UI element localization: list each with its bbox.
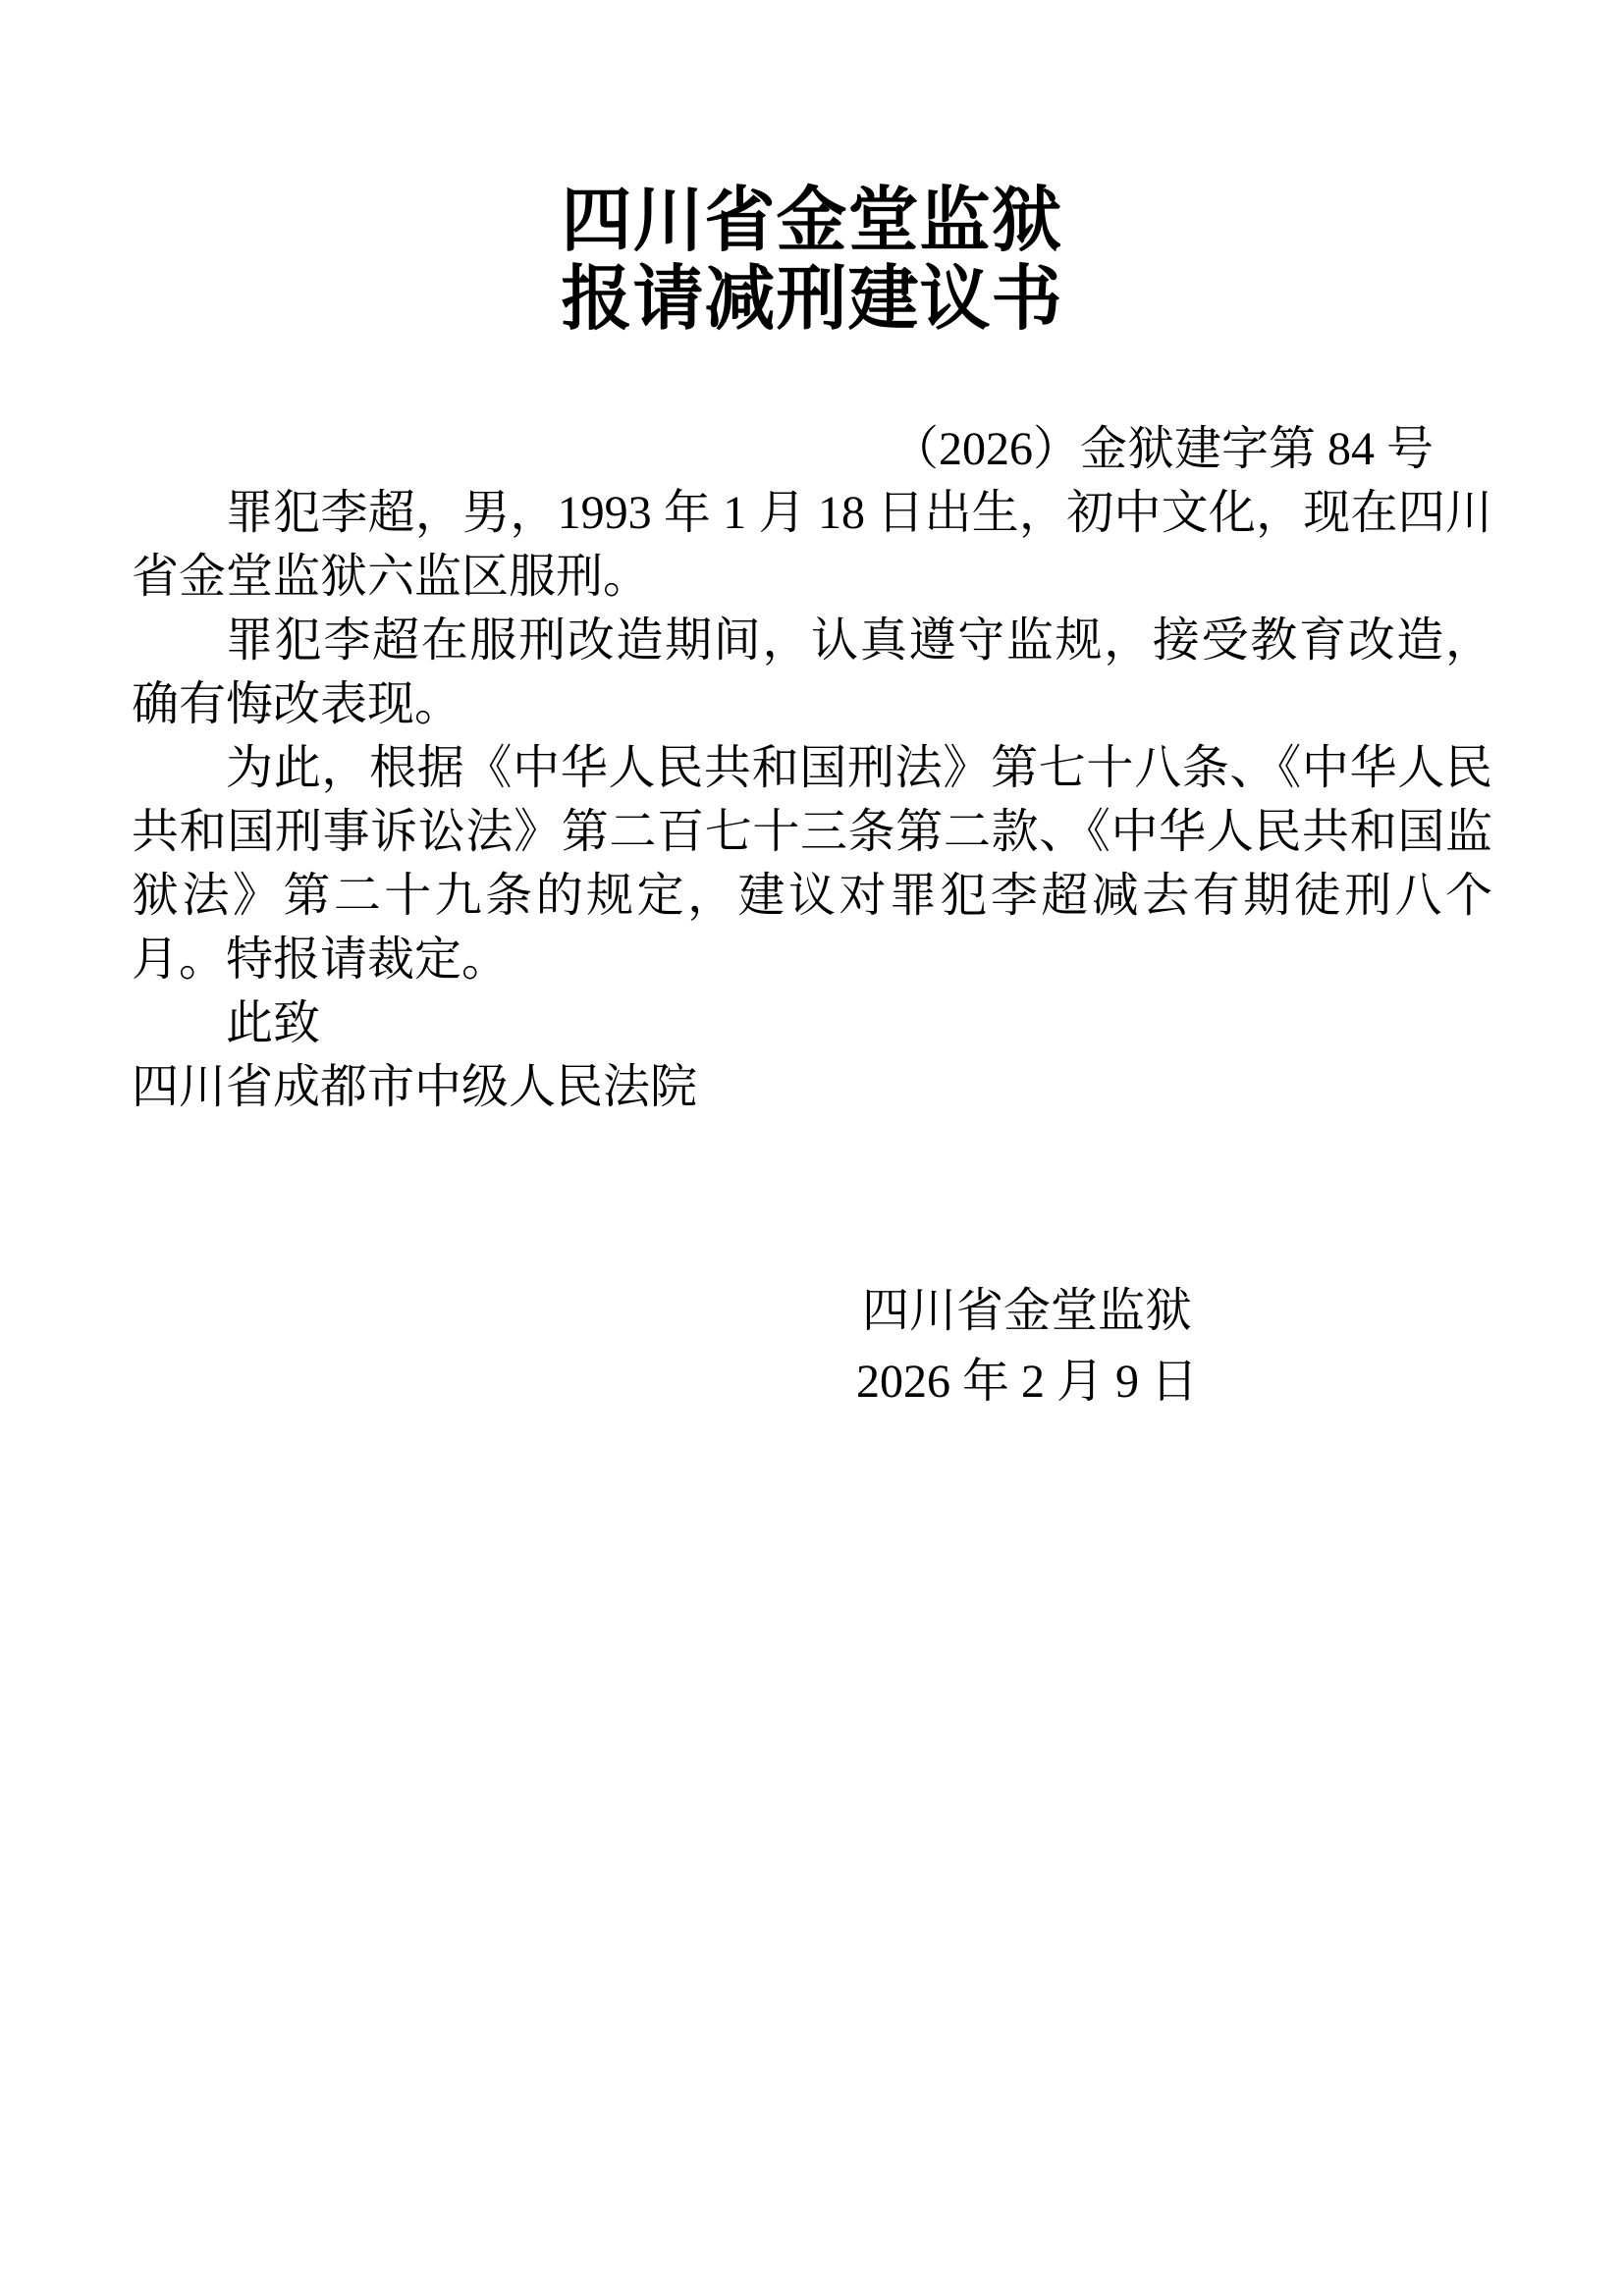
closing-recipient: 四川省成都市中级人民法院 — [132, 1055, 1492, 1119]
paragraph-behavior: 罪犯李超在服刑改造期间，认真遵守监规，接受教育改造，确有悔改表现。 — [132, 609, 1492, 736]
paragraph-offender-info: 罪犯李超，男，1993 年 1 月 18 日出生，初中文化，现在四川省金堂监狱六… — [132, 481, 1492, 609]
signature-block: 四川省金堂监狱 2026 年 2 月 9 日 — [856, 1276, 1198, 1417]
title-org-name: 四川省金堂监狱 — [132, 182, 1492, 260]
signature-date: 2026 年 2 月 9 日 — [856, 1347, 1198, 1417]
document-number: （2026）金狱建字第 84 号 — [132, 417, 1492, 481]
signature-org: 四川省金堂监狱 — [856, 1276, 1198, 1347]
document-title: 四川省金堂监狱 报请减刑建议书 — [132, 182, 1492, 339]
title-doc-type: 报请减刑建议书 — [132, 260, 1492, 339]
closing-salute: 此致 — [132, 991, 1492, 1055]
paragraph-legal-basis: 为此，根据《中华人民共和国刑法》第七十八条、《中华人民共和国刑事诉讼法》第二百七… — [132, 736, 1492, 991]
document-page: 四川省金堂监狱 报请减刑建议书 （2026）金狱建字第 84 号 罪犯李超，男，… — [0, 0, 1624, 2296]
document-body: 罪犯李超，男，1993 年 1 月 18 日出生，初中文化，现在四川省金堂监狱六… — [132, 481, 1492, 1119]
